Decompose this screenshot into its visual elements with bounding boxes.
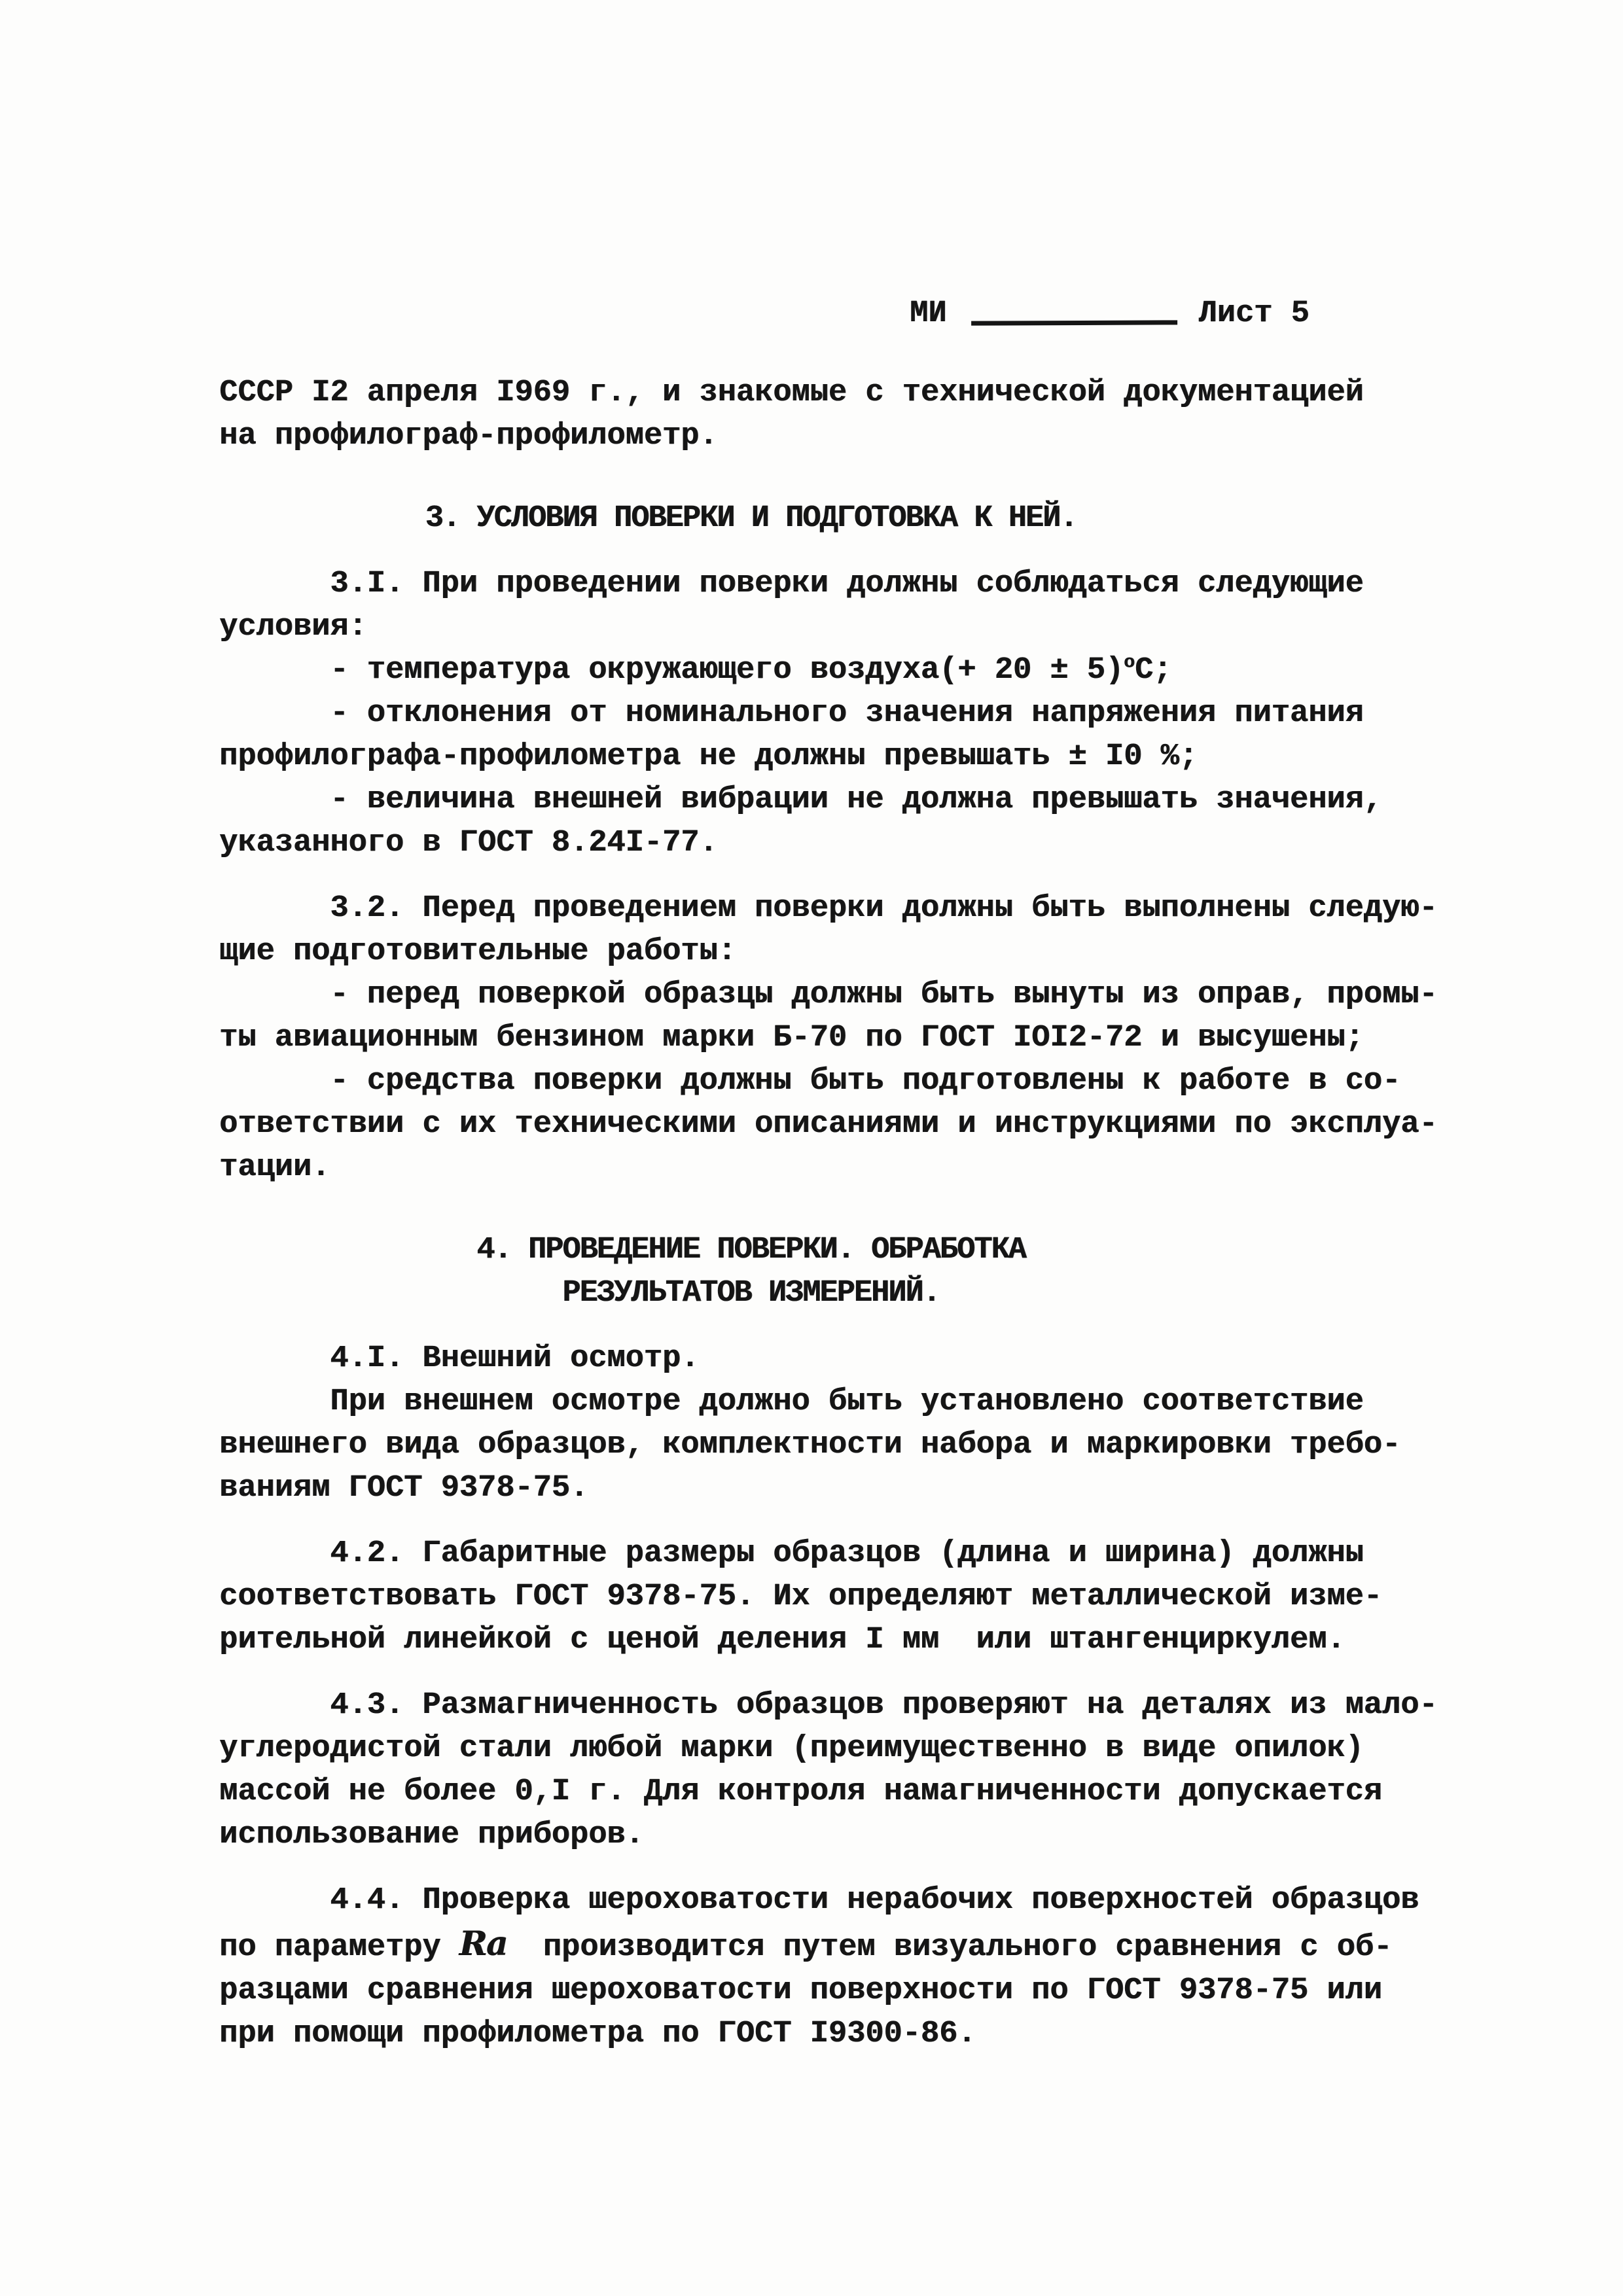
text-line: ты авиационным бензином марки Б-70 по ГО… bbox=[219, 1017, 1544, 1060]
text-line: - отклонения от номинального значения на… bbox=[219, 692, 1544, 735]
text-segment: С; bbox=[1135, 653, 1171, 688]
text-line: внешнего вида образцов, комплектности на… bbox=[219, 1424, 1544, 1467]
text-line: указанного в ГОСТ 8.24I-77. bbox=[219, 822, 1544, 865]
text-line: 3.2. Перед проведением поверки должны бы… bbox=[219, 887, 1544, 930]
section-heading: 3. УСЛОВИЯ ПОВЕРКИ И ПОДГОТОВКА К НЕЙ. bbox=[88, 497, 1414, 540]
text-line: - средства поверки должны быть подготовл… bbox=[219, 1060, 1544, 1103]
text-line: 4.3. Размагниченность образцов проверяют… bbox=[219, 1684, 1544, 1727]
text-line: по параметру Ra производится путем визуа… bbox=[219, 1922, 1544, 1969]
text-line: 3. УСЛОВИЯ ПОВЕРКИ И ПОДГОТОВКА К НЕЙ. bbox=[88, 497, 1414, 540]
page-header: МИ Лист 5 bbox=[219, 288, 1544, 336]
paragraph: 4.4. Проверка шероховатости нерабочих по… bbox=[219, 1879, 1544, 2056]
text-line: - величина внешней вибрации не должна пр… bbox=[219, 779, 1544, 822]
text-line: СССР I2 апреля I969 г., и знакомые с тех… bbox=[219, 372, 1544, 415]
paragraph: 4.3. Размагниченность образцов проверяют… bbox=[219, 1684, 1544, 1857]
text-line: 4.4. Проверка шероховатости нерабочих по… bbox=[219, 1879, 1544, 1922]
text-line: массой не более 0,I г. Для контроля нама… bbox=[219, 1771, 1544, 1814]
text-line: РЕЗУЛЬТАТОВ ИЗМЕРЕНИЙ. bbox=[88, 1272, 1414, 1315]
text-line: ответствии с их техническими описаниями … bbox=[219, 1103, 1544, 1146]
text-line: углеродистой стали любой марки (преимуще… bbox=[219, 1727, 1544, 1771]
paragraph: 4.I. Внешний осмотр. При внешнем осмотре… bbox=[219, 1337, 1544, 1510]
text-line: профилографа-профилометра не должны прев… bbox=[219, 735, 1544, 779]
document-body: СССР I2 апреля I969 г., и знакомые с тех… bbox=[219, 372, 1544, 2056]
superscript-degree: о bbox=[1124, 652, 1135, 673]
blank-underline bbox=[971, 291, 1177, 325]
doc-code-label: МИ bbox=[910, 292, 946, 336]
text-line: - перед поверкой образцы должны быть вын… bbox=[219, 974, 1544, 1017]
text-line: условия: bbox=[219, 606, 1544, 649]
text-line: При внешнем осмотре должно быть установл… bbox=[219, 1381, 1544, 1424]
text-segment: - температура окружающего воздуха(+ 20 ±… bbox=[219, 653, 1124, 688]
text-line: соответствовать ГОСТ 9378-75. Их определ… bbox=[219, 1576, 1544, 1619]
paragraph: 3.2. Перед проведением поверки должны бы… bbox=[219, 887, 1544, 1190]
text-line: 3.I. При проведении поверки должны соблю… bbox=[219, 563, 1544, 606]
text-line: щие подготовительные работы: bbox=[219, 930, 1544, 974]
text-line: тации. bbox=[219, 1146, 1544, 1190]
paragraph: СССР I2 апреля I969 г., и знакомые с тех… bbox=[219, 372, 1544, 458]
text-line: ваниям ГОСТ 9378-75. bbox=[219, 1467, 1544, 1510]
document-page: МИ Лист 5 СССР I2 апреля I969 г., и знак… bbox=[0, 0, 1623, 2296]
paragraph: 3.I. При проведении поверки должны соблю… bbox=[219, 563, 1544, 865]
text-line: 4.I. Внешний осмотр. bbox=[219, 1337, 1544, 1381]
sheet-number-label: Лист 5 bbox=[1198, 292, 1309, 336]
text-line: разцами сравнения шероховатости поверхно… bbox=[219, 1969, 1544, 2013]
paragraph: 4.2. Габаритные размеры образцов (длина … bbox=[219, 1532, 1544, 1662]
text-line: 4. ПРОВЕДЕНИЕ ПОВЕРКИ. ОБРАБОТКА bbox=[88, 1229, 1414, 1272]
handwritten-ra-symbol: Ra bbox=[459, 1924, 507, 1964]
text-line: при помощи профилометра по ГОСТ I9300-86… bbox=[219, 2013, 1544, 2056]
text-segment: производится путем визуального сравнения… bbox=[506, 1930, 1392, 1965]
text-line: 4.2. Габаритные размеры образцов (длина … bbox=[219, 1532, 1544, 1576]
text-line: рительной линейкой с ценой деления I мм … bbox=[219, 1619, 1544, 1662]
section-heading: 4. ПРОВЕДЕНИЕ ПОВЕРКИ. ОБРАБОТКАРЕЗУЛЬТА… bbox=[88, 1229, 1414, 1315]
text-line: использование приборов. bbox=[219, 1814, 1544, 1857]
text-line: на профилограф-профилометр. bbox=[219, 415, 1544, 458]
text-segment: по параметру bbox=[219, 1930, 459, 1965]
text-line: - температура окружающего воздуха(+ 20 ±… bbox=[219, 649, 1544, 692]
